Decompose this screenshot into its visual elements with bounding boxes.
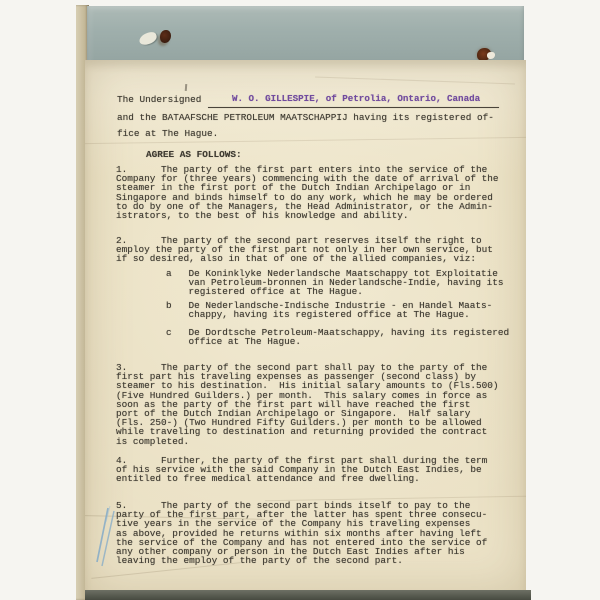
- allied-company-a: a De Koninklyke Nederlandsche Maatschapp…: [166, 269, 504, 297]
- blue-pencil-marks: [90, 500, 124, 576]
- clause-5: 5. The party of the second part binds it…: [116, 501, 487, 565]
- inserted-name-violet: W. O. GILLESPIE, of Petrolia, Ontario, C…: [232, 94, 480, 103]
- company-clause-line1: and the BATAAFSCHE PETROLEUM MAATSCHAPPI…: [117, 113, 494, 122]
- rust-stain-left: [160, 30, 171, 43]
- agree-heading: AGREE AS FOLLOWS:: [146, 150, 242, 159]
- faint-pen-tick: [185, 84, 187, 91]
- clause-3: 3. The party of the second part shall pa…: [116, 363, 499, 446]
- clause-4: 4. Further, the party of the first part …: [116, 456, 487, 484]
- folder-cover-band: [87, 6, 524, 67]
- allied-company-c: c De Dordtsche Petroleum-Maatschappy, ha…: [166, 328, 509, 346]
- clause-1: 1. The party of the first part enters in…: [116, 165, 499, 220]
- name-underline: [208, 107, 499, 108]
- scanned-contract-photo: The Undersigned W. O. GILLESPIE, of Petr…: [0, 0, 600, 600]
- undersigned-label: The Undersigned: [117, 95, 201, 104]
- allied-company-b: b De Nederlandsche-Indische Industrie - …: [166, 301, 492, 319]
- contract-page: The Undersigned W. O. GILLESPIE, of Petr…: [85, 60, 526, 592]
- torn-paper-chip: [138, 30, 159, 46]
- paper-bottom-shadow: [85, 590, 531, 600]
- paper-crease: [315, 77, 515, 85]
- clause-2: 2. The party of the second part reserves…: [116, 236, 493, 264]
- company-clause-line2: fice at The Hague.: [117, 129, 218, 138]
